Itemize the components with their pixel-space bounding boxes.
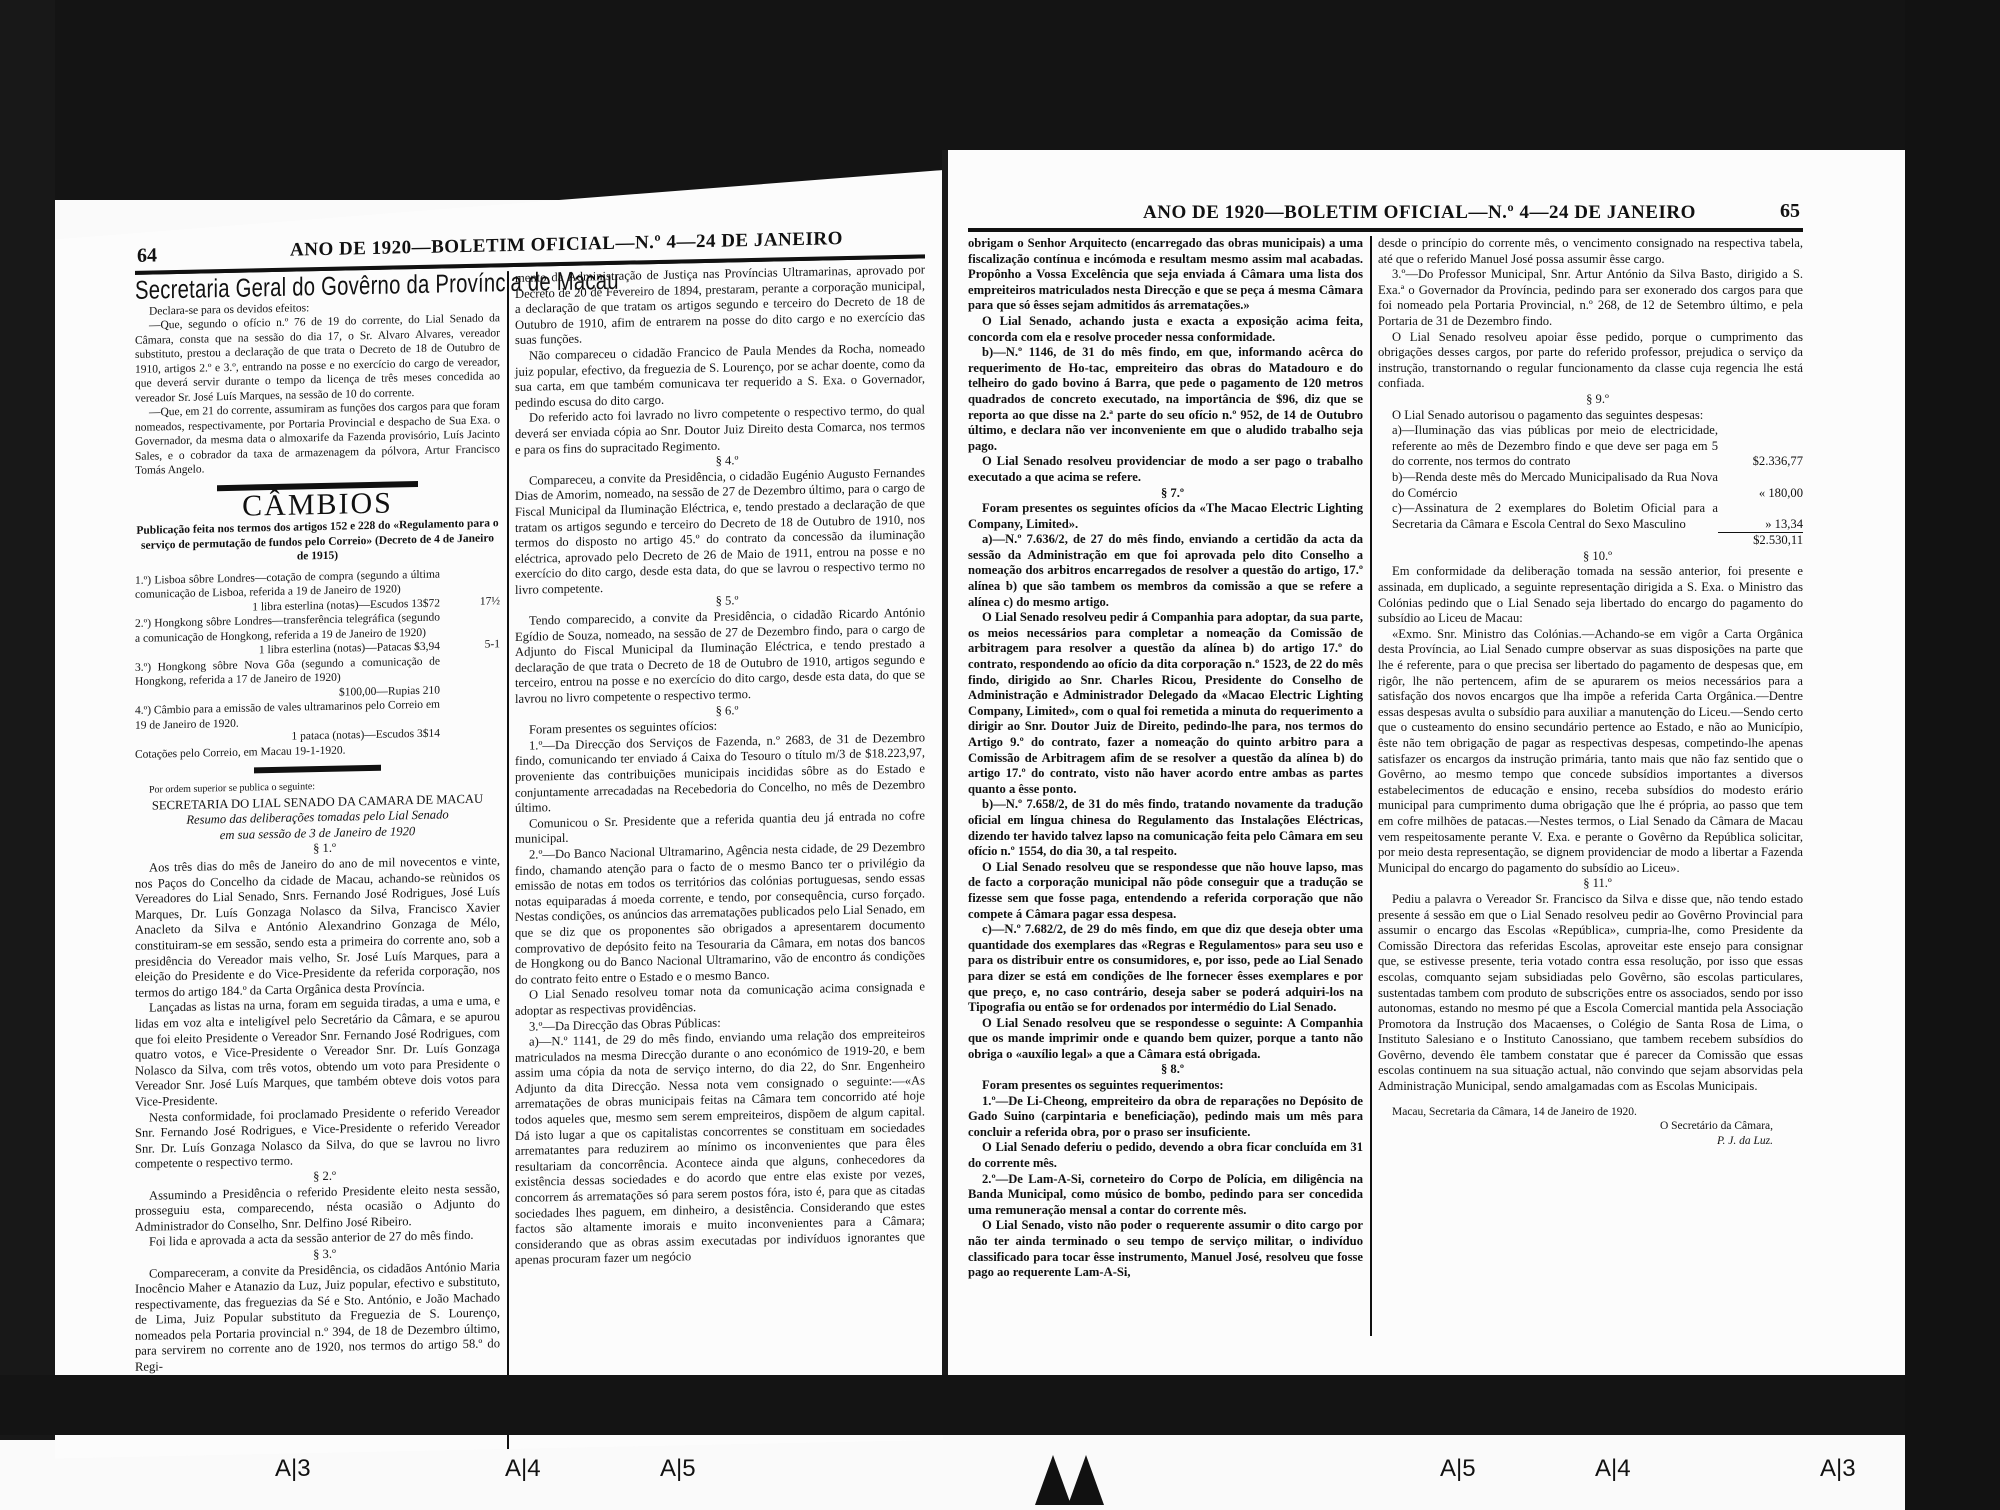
paragraph: —Que, segundo o ofício n.º 76 de 19 do c…: [135, 311, 500, 406]
section-marker: § 8.º: [968, 1062, 1363, 1078]
paragraph: 2.º—De Lam-A-Si, corneteiro do Corpo de …: [968, 1172, 1363, 1219]
column-rule: [1370, 236, 1372, 1336]
paragraph: O Lial Senado resolveu apoiar êsse pedid…: [1378, 330, 1803, 392]
paragraph: desde o princípio do corrente mês, o ven…: [1378, 236, 1803, 267]
paragraph: Foram presentes os seguintes ofícios da …: [968, 501, 1363, 532]
expense-total-row: $2.530,11: [1378, 532, 1803, 549]
expense-row: c)—Assinatura de 2 exemplares do Boletim…: [1378, 501, 1803, 532]
paragraph: O Lial Senado resolveu pedir á Companhia…: [968, 610, 1363, 797]
paragraph: 1.º—Da Direcção dos Serviços de Fazenda,…: [515, 730, 925, 817]
paragraph: Tendo comparecido, a convite da Presidên…: [515, 605, 925, 707]
film-markers: A|3 A|4 A|5 A|5 A|4 A|3: [0, 1455, 2000, 1510]
left-page-column-2: mento da Administração de Justiça nas Pr…: [515, 262, 925, 1269]
paragraph: O Lial Senado resolveu que se respondess…: [968, 1016, 1363, 1063]
page-number-right: 65: [1780, 200, 1800, 223]
scan-background-bottom: [0, 1375, 1905, 1435]
paragraph: «Exmo. Snr. Ministro das Colónias.—Achan…: [1378, 627, 1803, 877]
arrow-up-icon: [1035, 1455, 1071, 1505]
paragraph: O Lial Senado resolveu providenciar de m…: [968, 454, 1363, 485]
exchange-rate-item: 2.º) Hongkong sôbre Londres—transferênci…: [135, 609, 500, 660]
running-header-left: ANO DE 1920—BOLETIM OFICIAL—N.º 4—24 DE …: [290, 228, 843, 262]
paragraph: Não compareceu o cidadão Francico de Pau…: [515, 340, 925, 411]
paragraph: Nesta conformidade, foi proclamado Presi…: [135, 1103, 500, 1173]
paragraph: 1.º—De Li-Cheong, empreiteiro da obra de…: [968, 1094, 1363, 1141]
paragraph: c)—N.º 7.682/2, de 29 do mês findo, em q…: [968, 922, 1363, 1016]
paragraph: Pediu a palavra o Vereador Sr. Francisco…: [1378, 892, 1803, 1095]
film-marker: A|4: [505, 1455, 541, 1483]
paragraph: Em conformidade da deliberação tomada na…: [1378, 564, 1803, 626]
expense-row: b)—Renda deste mês do Mercado Municipali…: [1378, 470, 1803, 501]
paragraph: mento da Administração de Justiça nas Pr…: [515, 262, 925, 349]
column-rule: [507, 271, 509, 1458]
paragraph: O Lial Senado autorisou o pagamento das …: [1378, 408, 1803, 424]
paragraph: Aos três dias do mês de Janeiro do ano d…: [135, 853, 500, 1001]
paragraph: b)—N.º 7.658/2, de 31 do mês findo, trat…: [968, 797, 1363, 859]
paragraph: O Lial Senado deferiu o pedido, devendo …: [968, 1140, 1363, 1171]
right-page-column-2: desde o princípio do corrente mês, o ven…: [1378, 236, 1803, 1148]
paragraph: Assumindo a Presidência o referido Presi…: [135, 1181, 500, 1235]
paragraph: 2.º—Do Banco Nacional Ultramarino, Agênc…: [515, 839, 925, 988]
paragraph: Lançadas as listas na urna, foram em seg…: [135, 994, 500, 1111]
scan-background-right: [1905, 0, 2000, 1510]
paragraph: b)—N.º 1146, de 31 do mês findo, em que,…: [968, 345, 1363, 454]
paragraph: a)—N.º 7.636/2, de 27 do mês findo, envi…: [968, 532, 1363, 610]
cambios-subtitle: Publicação feita nos termos dos artigos …: [135, 516, 500, 567]
paragraph: Foram presentes os seguintes requeriment…: [968, 1078, 1363, 1094]
section-title: Secretaria Geral do Govêrno da Província…: [135, 277, 420, 299]
section-marker: § 11.º: [1378, 876, 1803, 892]
exchange-rate-item: 3.º) Hongkong sôbre Nova Gôa (segundo a …: [135, 653, 500, 704]
paragraph: a)—N.º 1141, de 29 do mês findo, enviand…: [515, 1026, 925, 1268]
paragraph: obrigam o Senhor Arquitecto (encarregado…: [968, 236, 1363, 314]
arrow-up-icon: [1068, 1455, 1104, 1505]
page-number-left: 64: [137, 244, 157, 267]
paragraph: O Lial Senado, visto não poder o requere…: [968, 1218, 1363, 1280]
film-marker: A|5: [660, 1455, 696, 1483]
section-marker: § 9.º: [1378, 392, 1803, 408]
film-marker: A|5: [1440, 1455, 1476, 1483]
film-marker: A|3: [1820, 1455, 1856, 1483]
film-marker: A|3: [275, 1455, 311, 1483]
right-page: ANO DE 1920—BOLETIM OFICIAL—N.º 4—24 DE …: [948, 150, 1905, 1380]
paragraph: —Que, em 21 do corrente, assumiram as fu…: [135, 398, 500, 478]
cambios-title: CÂMBIOS: [135, 493, 500, 516]
expense-row: a)—Iluminação das vias públicas por meio…: [1378, 423, 1803, 470]
exchange-rates-list: 1.º) Lisboa sôbre Londres—cotação de com…: [135, 566, 500, 748]
paragraph: O Lial Senado, achando justa e exacta a …: [968, 314, 1363, 345]
section-marker: § 10.º: [1378, 549, 1803, 565]
paragraph: O Lial Senado resolveu que se respondess…: [968, 860, 1363, 922]
left-page: 64 ANO DE 1920—BOLETIM OFICIAL—N.º 4—24 …: [55, 170, 943, 1459]
closing-signature: P. J. da Luz.: [1378, 1134, 1803, 1149]
closing-place-date: Macau, Secretaria da Câmara, 14 de Janei…: [1378, 1105, 1803, 1120]
film-marker: A|4: [1595, 1455, 1631, 1483]
exchange-rate-item: 4.º) Câmbio para a emissão de vales ultr…: [135, 696, 500, 747]
running-header-right: ANO DE 1920—BOLETIM OFICIAL—N.º 4—24 DE …: [1143, 202, 1696, 224]
paragraph: Compareceram, a convite da Presidência, …: [135, 1259, 500, 1376]
expenses-table: a)—Iluminação das vias públicas por meio…: [1378, 423, 1803, 549]
exchange-rate-item: 1.º) Lisboa sôbre Londres—cotação de com…: [135, 566, 500, 617]
right-page-column-1: obrigam o Senhor Arquitecto (encarregado…: [968, 236, 1363, 1281]
paragraph: 3.º—Do Professor Municipal, Snr. Artur A…: [1378, 267, 1803, 329]
paragraph: Compareceu, a convite da Presidência, o …: [515, 465, 925, 598]
scan-background-left: [0, 0, 55, 1440]
section-marker: § 7.º: [968, 486, 1363, 502]
divider: [254, 765, 382, 774]
header-rule: [968, 228, 1803, 232]
closing-role: O Secretário da Câmara,: [1378, 1119, 1803, 1134]
left-page-column-1: Secretaria Geral do Govêrno da Província…: [135, 271, 500, 1375]
